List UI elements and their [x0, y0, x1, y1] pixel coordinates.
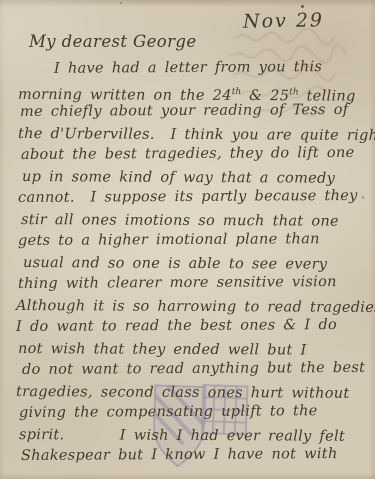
letter-line: I have had a letter from you this [16, 57, 368, 81]
letter-line: Shakespear but I know I have not with [16, 444, 368, 468]
letter-body: I have had a letter from you thismorning… [16, 59, 368, 468]
letter-line: about the best tragedies, they do lift o… [16, 143, 368, 167]
letter-line: giving the compensating uplift to the [16, 401, 368, 425]
letter-salutation: My dearest George [29, 32, 197, 51]
superscript-text: th [289, 87, 298, 97]
letter-line: do not want to read anything but the bes… [16, 358, 368, 382]
letter-line: cannot. I suppose its partly because the… [16, 186, 368, 210]
paper-speck [120, 2, 122, 4]
superscript-text: th [232, 87, 241, 97]
letter-date: Nov 29 [243, 9, 324, 32]
letter-line: I do want to read the best ones & I do [16, 315, 368, 339]
letter-line: thing with clearer more sensitive vision [16, 272, 368, 296]
letter-line: gets to a higher imotional plane than [16, 229, 368, 253]
letter-page: Nov 29 My dearest George I have had a le… [0, 0, 375, 479]
paper-speck [301, 5, 304, 8]
letter-line: me chiefly about your reading of Tess of [16, 100, 368, 124]
